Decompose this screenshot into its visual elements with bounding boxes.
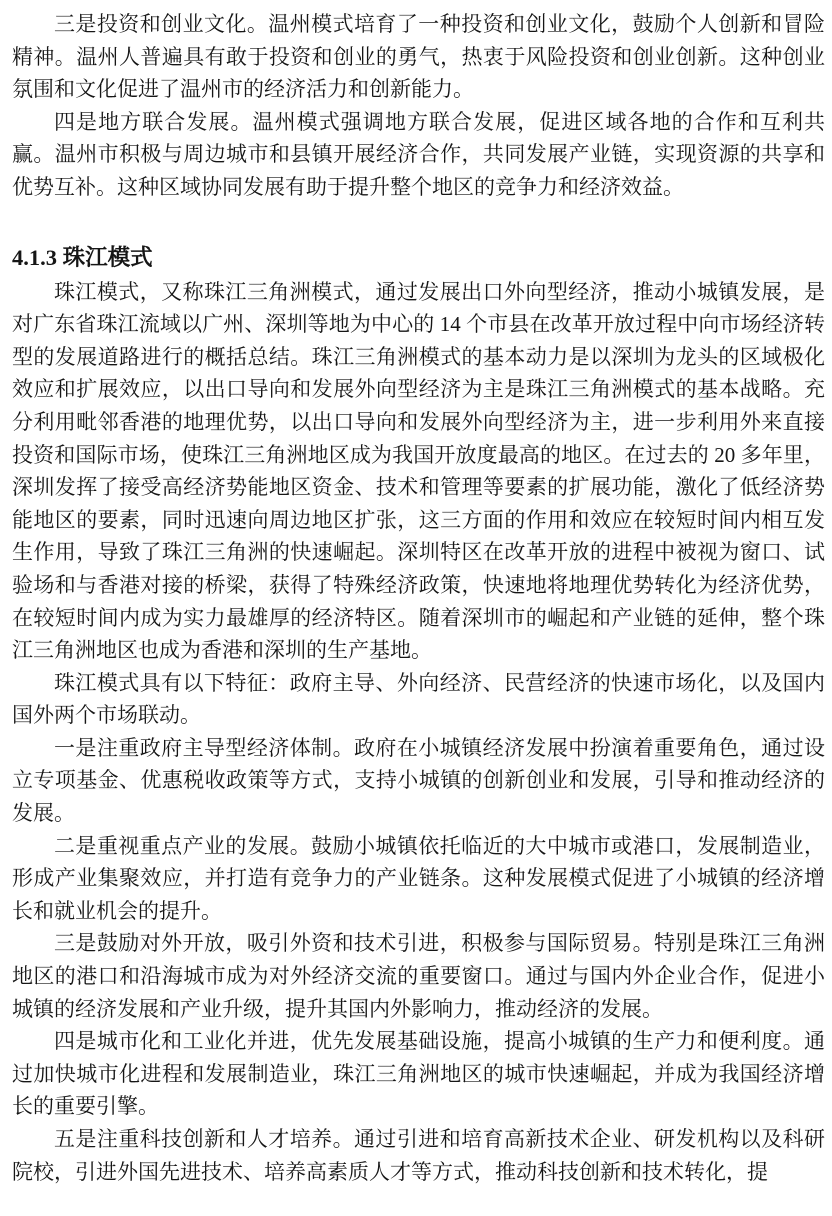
paragraph-feature-5-tech-innovation: 五是注重科技创新和人才培养。通过引进和培育高新技术企业、研发机构以及科研院校，引… — [12, 1123, 825, 1188]
paragraph-pearl-river-features-intro: 珠江模式具有以下特征：政府主导、外向经济、民营经济的快速市场化，以及国内国外两个… — [12, 667, 825, 732]
document-page: 三是投资和创业文化。温州模式培育了一种投资和创业文化，鼓励个人创新和冒险精神。温… — [0, 0, 832, 1216]
paragraph-feature-3-opening-up: 三是鼓励对外开放，吸引外资和技术引进，积极参与国际贸易。特别是珠江三角洲地区的港… — [12, 927, 825, 1025]
paragraph-wenzhou-point-3: 三是投资和创业文化。温州模式培育了一种投资和创业文化，鼓励个人创新和冒险精神。温… — [12, 8, 825, 106]
paragraph-feature-4-urbanization: 四是城市化和工业化并进，优先发展基础设施，提高小城镇的生产力和便利度。通过加快城… — [12, 1025, 825, 1123]
section-heading-4-1-3: 4.1.3 珠江模式 — [12, 241, 825, 275]
paragraph-feature-2-key-industries: 二是重视重点产业的发展。鼓励小城镇依托临近的大中城市或港口，发展制造业，形成产业… — [12, 830, 825, 928]
paragraph-pearl-river-overview: 珠江模式，又称珠江三角洲模式，通过发展出口外向型经济，推动小城镇发展，是对广东省… — [12, 276, 825, 667]
paragraph-feature-1-government-led: 一是注重政府主导型经济体制。政府在小城镇经济发展中扮演着重要角色，通过设立专项基… — [12, 732, 825, 830]
paragraph-wenzhou-point-4: 四是地方联合发展。温州模式强调地方联合发展，促进区域各地的合作和互利共赢。温州市… — [12, 106, 825, 204]
